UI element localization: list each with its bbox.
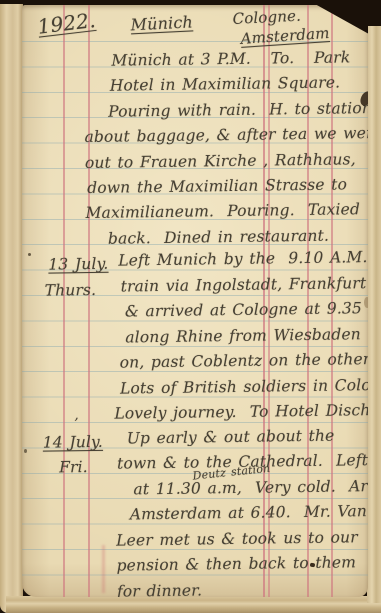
entry3-line3: at 11.30 a.m, Very cold. Arr [133, 477, 368, 498]
edge-wear-mark [364, 297, 368, 308]
entry2-line2: train via Ingolstadt, Frankfurt [120, 274, 366, 295]
entry3-line5: Leer met us & took us to our [116, 528, 358, 549]
entry2-line1: Left Munich by the 9.10 A.M. [118, 248, 368, 269]
entry2-line7: Lovely journey. To Hotel Disch. [114, 401, 368, 423]
entry1-line2: Hotel in Maximilian Square. [110, 73, 341, 94]
handwriting-layer: 1922.MünichCologne.AmsterdamMünich at 3 … [22, 5, 368, 597]
entry2-line3: & arrived at Cologne at 9.35 P.M. [125, 299, 368, 321]
entry3-line6: pension & then back to them [116, 553, 356, 574]
entry1-line4: about baggage, & after tea we went [84, 124, 368, 146]
ink-speck [24, 449, 27, 453]
header-amsterdam-insert: Amsterdam [240, 24, 330, 48]
header-cologne: Cologne. [232, 7, 301, 28]
header-munich: Münich [130, 12, 193, 34]
entry1-line1: Münich at 3 P.M. To. Park [111, 48, 350, 69]
date-13-july: 13 July. [48, 255, 108, 274]
entry3-line1: Up early & out about the [127, 427, 335, 448]
journal-page: 1922.MünichCologne.AmsterdamMünich at 3 … [22, 5, 368, 597]
day-thurs: Thurs. [45, 281, 97, 300]
ink-speck [28, 253, 31, 256]
date-14-july: 14 July. [43, 433, 103, 452]
previous-page-edge [0, 4, 23, 613]
entry2-line6: Lots of British soldiers in Cologne. [120, 376, 368, 398]
day-fri: Fri. [59, 458, 88, 476]
stacked-pages-right-edge [367, 26, 381, 603]
entry2-line4: along Rhine from Wiesbaden [125, 325, 361, 346]
entry3-line4: Amsterdam at 6.40. Mr. Van [130, 502, 367, 523]
entry3-line7: for dinner. [117, 581, 202, 597]
entry1-line3: Pouring with rain. H. to station [108, 99, 368, 121]
entry1-line8: back. Dined in restaurant. [108, 227, 329, 248]
entry1-line7: Maximilianeum. Pouring. Taxied [85, 200, 360, 222]
red-smudge [102, 545, 105, 593]
year-label: 1922. [36, 8, 96, 39]
stacked-pages-bottom-edge [6, 596, 381, 613]
entry1-line6: down the Maximilian Strasse to [87, 175, 347, 197]
entry1-line5: out to Frauen Kirche , Rathhaus, [85, 150, 356, 172]
caret-mark: , [74, 408, 79, 423]
photo-backdrop: 1922.MünichCologne.AmsterdamMünich at 3 … [0, 0, 381, 613]
entry2-line5: on, past Coblentz on the other side [120, 350, 368, 372]
